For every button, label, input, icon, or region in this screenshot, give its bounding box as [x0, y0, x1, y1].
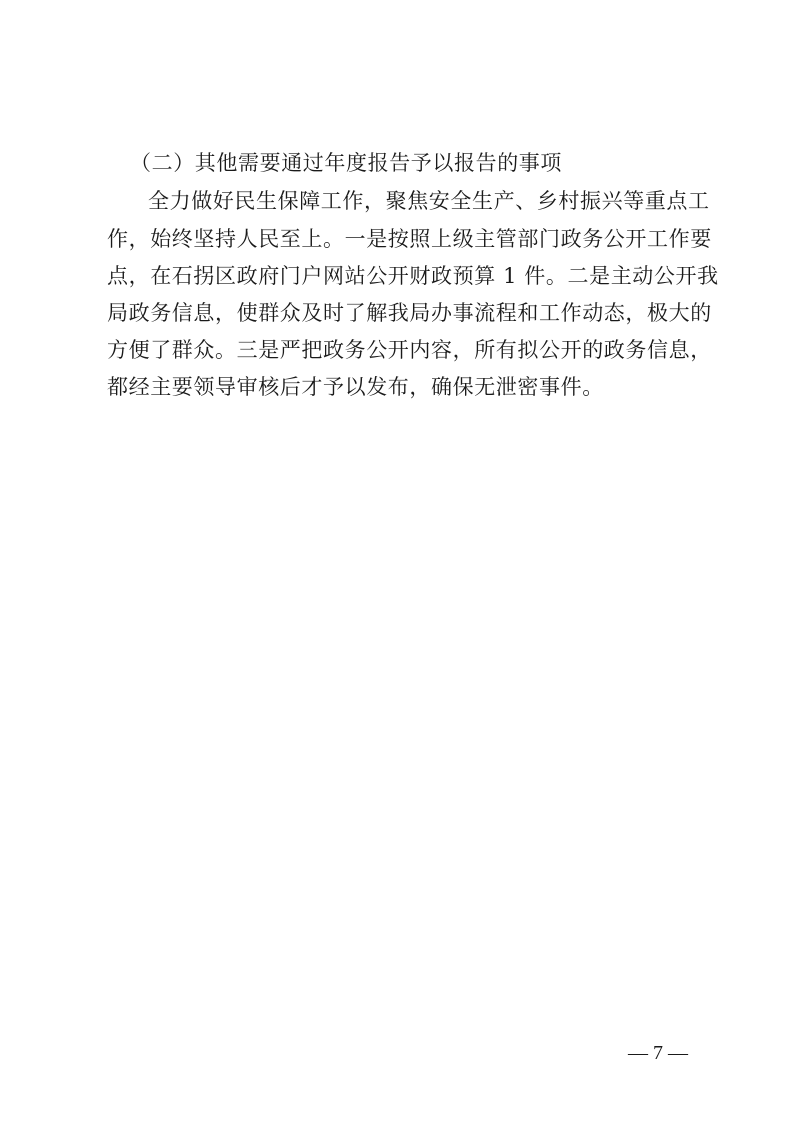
paragraph-line: 作，始终坚持人民至上。一是按照上级主管部门政务公开工作要	[107, 224, 693, 254]
paragraph-line: 方便了群众。三是严把政务公开内容，所有拟公开的政务信息，	[107, 335, 693, 365]
page-number: — 7 —	[628, 1041, 688, 1065]
paragraph-line: 都经主要领导审核后才予以发布，确保无泄密事件。	[107, 372, 693, 402]
section-heading: （二）其他需要通过年度报告予以报告的事项	[130, 148, 675, 178]
paragraph-line: 点，在石拐区政府门户网站公开财政预算 1 件。二是主动公开我	[107, 261, 693, 291]
document-page: （二）其他需要通过年度报告予以报告的事项 全力做好民生保障工作，聚焦安全生产、乡…	[0, 0, 793, 1122]
paragraph-line: 全力做好民生保障工作，聚焦安全生产、乡村振兴等重点工	[148, 186, 693, 216]
paragraph-line: 局政务信息，使群众及时了解我局办事流程和工作动态，极大的	[107, 298, 693, 328]
